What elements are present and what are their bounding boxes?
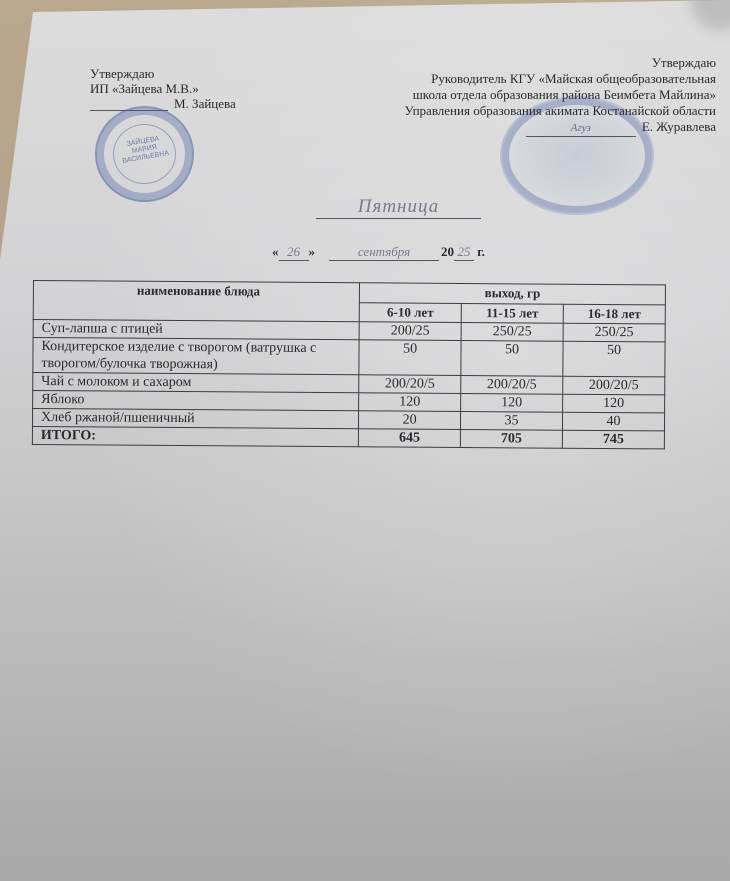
approve-label: Утверждаю xyxy=(276,55,716,71)
dish-name: Хлеб ржаной/пшеничный xyxy=(32,409,358,429)
header-age-group: 6-10 лет xyxy=(359,302,461,322)
dish-yield: 200/20/5 xyxy=(461,375,563,394)
date-year-suffix: 25 xyxy=(454,244,474,261)
date-month: сентября xyxy=(329,244,439,261)
dish-yield: 35 xyxy=(461,411,563,430)
approve-label: Утверждаю xyxy=(90,66,236,81)
menu-table: наименование блюда выход, гр 6-10 лет 11… xyxy=(32,280,666,449)
dish-yield: 250/25 xyxy=(563,323,665,342)
total-yield: 745 xyxy=(562,430,664,449)
dish-yield: 200/20/5 xyxy=(359,375,461,394)
dish-yield: 50 xyxy=(461,340,563,376)
handwritten-signature: Агуз xyxy=(526,120,636,137)
header-dish-name: наименование блюда xyxy=(33,281,359,322)
dish-yield: 40 xyxy=(562,412,664,431)
signatory-name: М. Зайцева xyxy=(174,96,236,111)
day-of-week-title: Пятница xyxy=(316,196,481,219)
dish-yield: 120 xyxy=(359,393,461,412)
dish-name: Чай с молоком и сахаром xyxy=(33,373,359,393)
total-label: ИТОГО: xyxy=(32,426,358,446)
total-yield: 645 xyxy=(358,429,460,448)
date-line: «26»сентября2025 г. xyxy=(272,244,485,261)
date-year-prefix: 20 xyxy=(441,244,454,259)
header-age-group: 11-15 лет xyxy=(461,303,563,323)
dish-yield: 50 xyxy=(359,340,461,376)
approval-block-left: Утверждаю ИП «Зайцева М.В.» М. Зайцева xyxy=(90,66,236,111)
dish-yield: 200/25 xyxy=(359,322,461,341)
signature-row: АгузЕ. Журавлева xyxy=(276,119,716,137)
quote-close: » xyxy=(309,244,316,259)
table-total-row: ИТОГО: 645 705 745 xyxy=(32,426,664,448)
dish-yield: 120 xyxy=(563,394,665,413)
dish-yield: 20 xyxy=(359,411,461,430)
dish-yield: 120 xyxy=(461,393,563,412)
table-row: Кондитерское изделие с творогом (ватрушк… xyxy=(33,338,665,377)
dish-name: Суп-лапша с птицей xyxy=(33,320,359,340)
dish-yield: 200/20/5 xyxy=(563,376,665,395)
approver-title-line: Руководитель КГУ «Майская общеобразовате… xyxy=(276,71,716,87)
header-age-group: 16-18 лет xyxy=(563,304,665,324)
approver-title-line: Управления образования акимата Костанайс… xyxy=(276,103,716,119)
approver-organization: ИП «Зайцева М.В.» xyxy=(90,81,236,96)
stamp-left: ЗАЙЦЕВА МАРИЯ ВАСИЛЬЕВНА xyxy=(95,106,194,202)
approver-title-line: школа отдела образования района Беимбета… xyxy=(276,87,716,103)
date-day: 26 xyxy=(279,244,309,261)
dish-name: Яблоко xyxy=(33,391,359,411)
signatory-name: Е. Журавлева xyxy=(642,119,716,134)
total-yield: 705 xyxy=(460,429,562,448)
approval-block-right: Утверждаю Руководитель КГУ «Майская обще… xyxy=(276,55,716,137)
dish-yield: 50 xyxy=(563,341,665,377)
table-header-row: наименование блюда выход, гр xyxy=(33,281,665,305)
dish-name: Кондитерское изделие с творогом (ватрушк… xyxy=(33,338,359,375)
dish-yield: 250/25 xyxy=(461,322,563,341)
date-year-abbrev: г. xyxy=(477,244,485,259)
header-yield: выход, гр xyxy=(359,283,665,305)
